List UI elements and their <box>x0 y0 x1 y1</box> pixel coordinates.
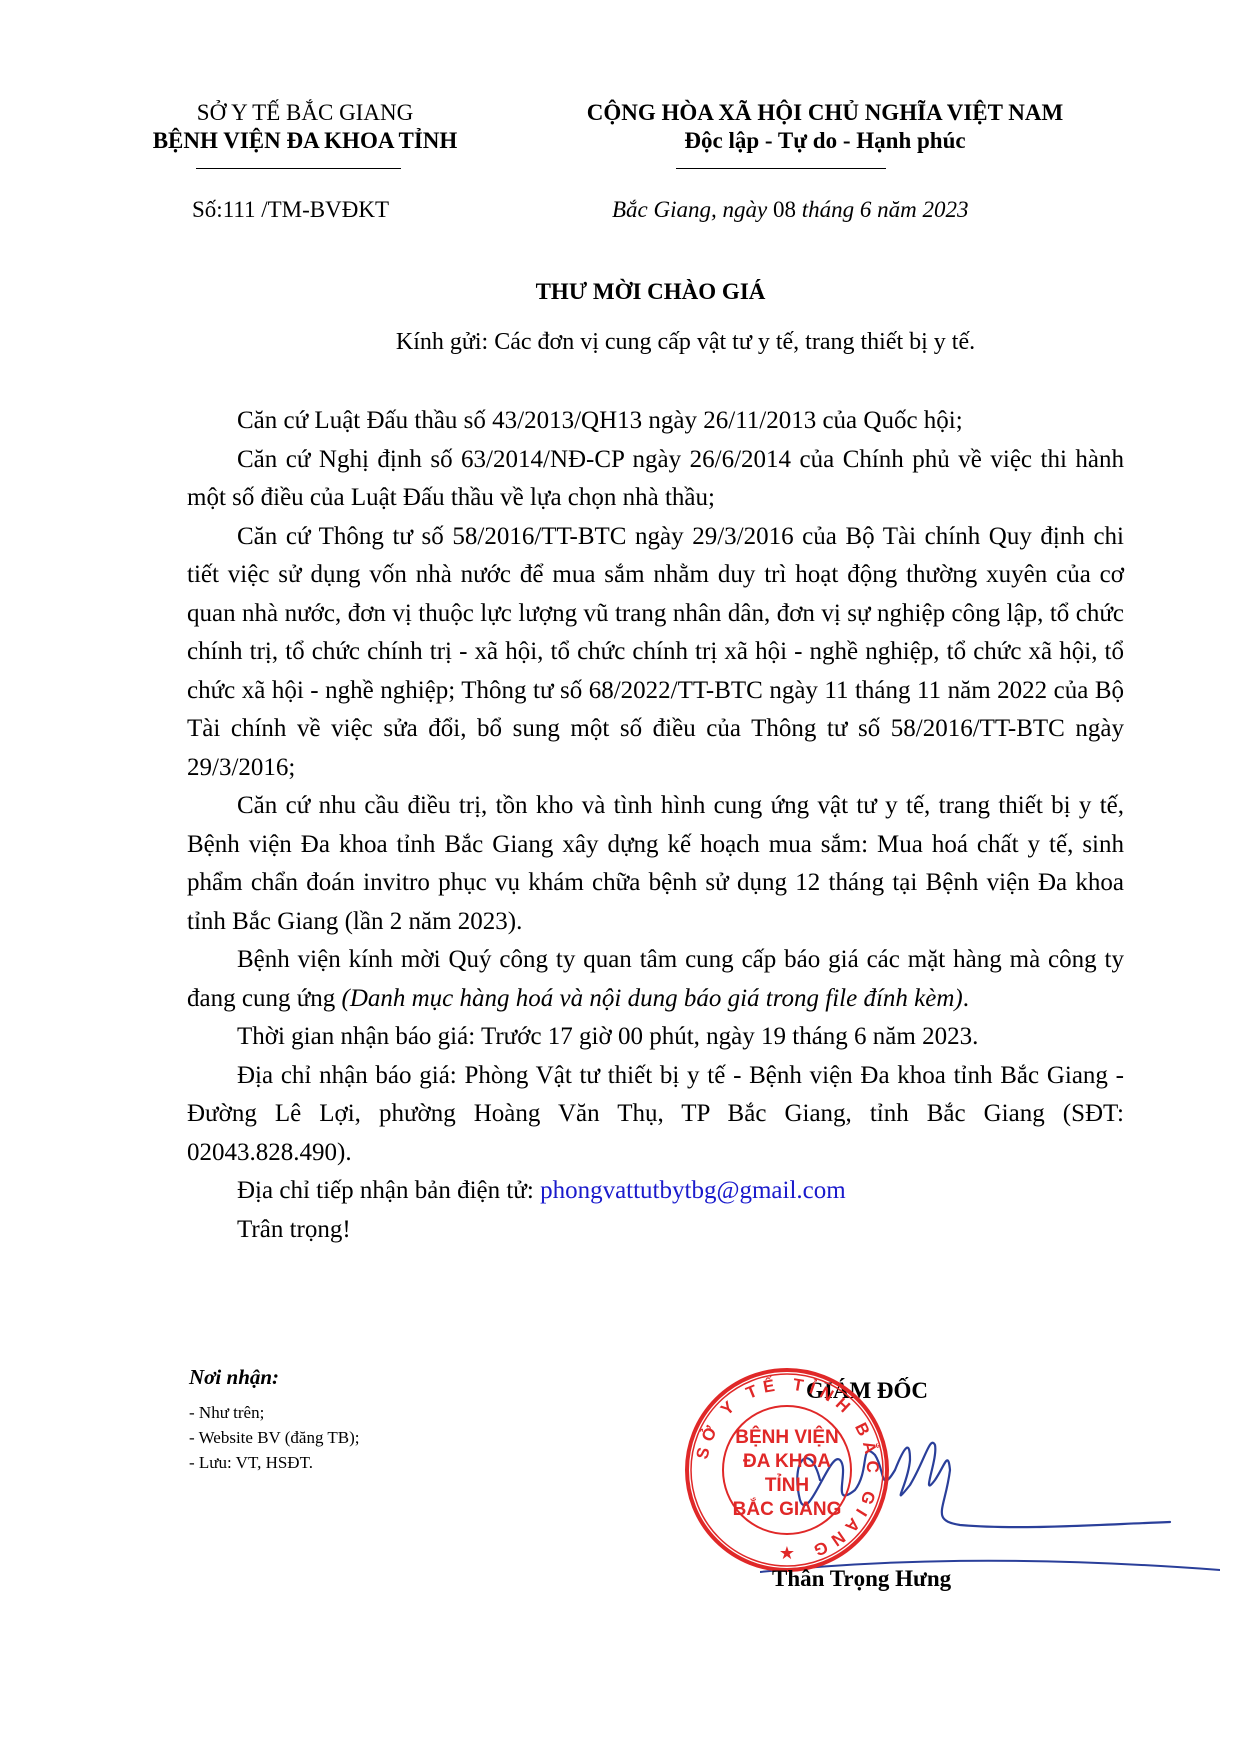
place-date: Bắc Giang, ngày 08 tháng 6 năm 2023 <box>612 197 968 223</box>
place-date-prefix: Bắc Giang, ngày <box>612 197 773 222</box>
day-value: 08 <box>773 197 796 222</box>
stamp-line-2: ĐA KHOA <box>743 1451 831 1472</box>
paragraph-email: Địa chỉ tiếp nhận bản điện tử: phongvatt… <box>187 1172 1124 1211</box>
doc-number-suffix: /TM-BVĐKT <box>255 197 389 222</box>
org-parent: SỞ Y TẾ BẮC GIANG <box>150 100 460 126</box>
nation-title: CỘNG HÒA XÃ HỘI CHỦ NGHĨA VIỆT NAM <box>535 100 1115 126</box>
recipient-line: Kính gửi: Các đơn vị cung cấp vật tư y t… <box>0 329 1241 356</box>
email-link[interactable]: phongvattutbytbg@gmail.com <box>540 1177 846 1204</box>
cc-list: - Như trên; - Website BV (đăng TB); - Lư… <box>189 1400 360 1475</box>
stamp-line-3: TỈNH <box>765 1474 809 1496</box>
place-date-suffix: tháng 6 năm 2023 <box>796 197 969 222</box>
national-motto: Độc lập - Tự do - Hạnh phúc <box>535 128 1115 154</box>
official-stamp: SỞ Y TẾ TỈNH BẮC GIANG BỆNH VIỆN ĐA KHOA… <box>682 1365 892 1575</box>
paragraph-needs: Căn cứ nhu cầu điều trị, tồn kho và tình… <box>187 787 1124 941</box>
letter-body: Căn cứ Luật Đấu thầu số 43/2013/QH13 ngà… <box>187 402 1124 1249</box>
document-title: THƯ MỜI CHÀO GIÁ <box>0 279 1241 305</box>
stamp-line-1: BỆNH VIỆN <box>735 1426 838 1448</box>
invitation-end: . <box>963 985 969 1012</box>
doc-number-prefix: Số: <box>192 197 223 222</box>
stamp-star-icon: ★ <box>779 1543 795 1564</box>
paragraph-address: Địa chỉ nhận báo giá: Phòng Vật tư thiết… <box>187 1057 1124 1173</box>
invitation-attachment-note: (Danh mục hàng hoá và nội dung báo giá t… <box>342 985 963 1012</box>
cc-item: - Như trên; <box>189 1400 360 1425</box>
doc-number: Số:111 /TM-BVĐKT <box>192 197 389 223</box>
signer-name: Thân Trọng Hưng <box>772 1566 951 1592</box>
cc-item: - Lưu: VT, HSĐT. <box>189 1450 360 1475</box>
paragraph-legal-basis-1: Căn cứ Luật Đấu thầu số 43/2013/QH13 ngà… <box>187 402 1124 441</box>
stamp-line-4: BẮC GIANG <box>733 1498 842 1520</box>
paragraph-legal-basis-3: Căn cứ Thông tư số 58/2016/TT-BTC ngày 2… <box>187 518 1124 788</box>
paragraph-invitation: Bệnh viện kính mời Quý công ty quan tâm … <box>187 941 1124 1018</box>
email-label: Địa chỉ tiếp nhận bản điện tử: <box>237 1177 540 1204</box>
motto-underline <box>676 168 886 169</box>
cc-heading: Nơi nhận: <box>189 1365 279 1390</box>
paragraph-deadline: Thời gian nhận báo giá: Trước 17 giờ 00 … <box>187 1018 1124 1057</box>
doc-number-value: 111 <box>223 197 256 222</box>
org-underline <box>196 168 401 169</box>
cc-item: - Website BV (đăng TB); <box>189 1425 360 1450</box>
paragraph-legal-basis-2: Căn cứ Nghị định số 63/2014/NĐ-CP ngày 2… <box>187 441 1124 518</box>
closing: Trân trọng! <box>187 1211 1124 1250</box>
org-name: BỆNH VIỆN ĐA KHOA TỈNH <box>120 128 490 154</box>
